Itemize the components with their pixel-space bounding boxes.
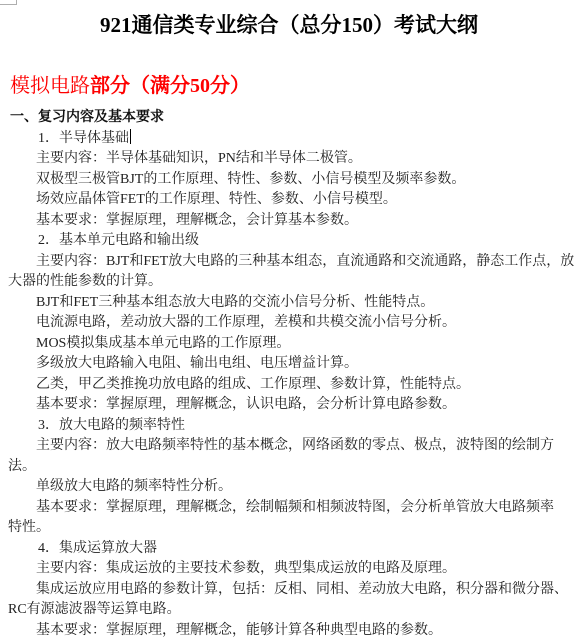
document-line: 1．半导体基础 bbox=[0, 129, 578, 150]
document-line: 大器的性能参数的计算。 bbox=[0, 272, 578, 293]
document-line: 多级放大电路输入电阻、输出电组、电压增益计算。 bbox=[0, 354, 578, 375]
document-line-text: 法。 bbox=[8, 459, 36, 474]
document-line-text: 1．半导体基础 bbox=[38, 131, 129, 146]
document-line: 4．集成运算放大器 bbox=[0, 539, 578, 560]
document-line: 基本要求：掌握原理，理解概念，绘制幅频和相频波特图，会分析单管放大电路频率 bbox=[0, 498, 578, 519]
document-line: MOS模拟集成基本单元电路的工作原理。 bbox=[0, 334, 578, 355]
text-caret bbox=[130, 129, 131, 144]
document-line: 基本要求：掌握原理，理解概念，会计算基本参数。 bbox=[0, 211, 578, 232]
document-line: 双极型三极管BJT的工作原理、特性、参数、小信号模型及频率参数。 bbox=[0, 170, 578, 191]
section-heading-normal-part: 模拟电路 bbox=[10, 75, 90, 97]
document-line-text: 特性。 bbox=[8, 520, 50, 535]
document-line: 场效应晶体管FET的工作原理、特性、参数、小信号模型。 bbox=[0, 190, 578, 211]
document-title: 921通信类专业综合（总分150）考试大纲 bbox=[30, 10, 548, 40]
document-line-text: RC有源滤波器等运算电路。 bbox=[8, 602, 181, 617]
document-line-text: 基本要求：掌握原理，理解概念，能够计算各种典型电路的参数。 bbox=[36, 623, 442, 638]
document-line: 2．基本单元电路和输出级 bbox=[0, 231, 578, 252]
document-line: 3．放大电路的频率特性 bbox=[0, 416, 578, 437]
document-line-text: 3．放大电路的频率特性 bbox=[38, 418, 185, 433]
document-line-text: 单级放大电路的频率特性分析。 bbox=[36, 479, 232, 494]
document-line: 乙类，甲乙类推挽功放电路的组成、工作原理、参数计算，性能特点。 bbox=[0, 375, 578, 396]
document-line: 基本要求：掌握原理，理解概念，能够计算各种典型电路的参数。 bbox=[0, 621, 578, 642]
document-line-text: 集成运放应用电路的参数计算，包括：反相、同相、差动放大电路，积分器和微分器、 bbox=[36, 582, 568, 597]
section-heading: 模拟电路部分（满分50分） bbox=[10, 72, 578, 100]
document-line: BJT和FET三种基本组态放大电路的交流小信号分析、性能特点。 bbox=[0, 293, 578, 314]
document-line-text: 主要内容：集成运放的主要技术参数，典型集成运放的电路及原理。 bbox=[36, 561, 456, 576]
document-line: 法。 bbox=[0, 457, 578, 478]
document-line-text: 大器的性能参数的计算。 bbox=[8, 274, 162, 289]
document-line-text: 乙类，甲乙类推挽功放电路的组成、工作原理、参数计算，性能特点。 bbox=[36, 377, 470, 392]
document-line: 一、复习内容及基本要求 bbox=[0, 108, 578, 129]
document-line-text: 2．基本单元电路和输出级 bbox=[38, 233, 199, 248]
document-line-text: 一、复习内容及基本要求 bbox=[10, 110, 164, 125]
document-line-text: 基本要求：掌握原理，理解概念，认识电路，会分析计算电路参数。 bbox=[36, 397, 456, 412]
document-line-text: 4．集成运算放大器 bbox=[38, 541, 157, 556]
document-line: 集成运放应用电路的参数计算，包括：反相、同相、差动放大电路，积分器和微分器、 bbox=[0, 580, 578, 601]
document-line: 主要内容：放大电路频率特性的基本概念，网络函数的零点、极点，波特图的绘制方 bbox=[0, 436, 578, 457]
document-line: 主要内容：半导体基础知识，PN结和半导体二极管。 bbox=[0, 149, 578, 170]
document-line-text: 双极型三极管BJT的工作原理、特性、参数、小信号模型及频率参数。 bbox=[36, 172, 465, 187]
document-line-text: 多级放大电路输入电阻、输出电组、电压增益计算。 bbox=[36, 356, 358, 371]
section-heading-bold-part: 部分（满分50分） bbox=[90, 75, 250, 97]
document-line: 特性。 bbox=[0, 518, 578, 539]
document-line-text: 场效应晶体管FET的工作原理、特性、参数、小信号模型。 bbox=[36, 192, 397, 207]
document-line-text: BJT和FET三种基本组态放大电路的交流小信号分析、性能特点。 bbox=[36, 295, 434, 310]
document-line: 基本要求：掌握原理，理解概念，认识电路，会分析计算电路参数。 bbox=[0, 395, 578, 416]
table-corner-artifact bbox=[0, 0, 17, 5]
document-line-text: 主要内容：放大电路频率特性的基本概念，网络函数的零点、极点，波特图的绘制方 bbox=[36, 438, 554, 453]
document-line-text: 电流源电路，差动放大器的工作原理，差模和共模交流小信号分析。 bbox=[36, 315, 456, 330]
document-line-text: 主要内容：BJT和FET放大电路的三种基本组态，直流通路和交流通路，静态工作点，… bbox=[36, 254, 574, 269]
document-page[interactable]: 921通信类专业综合（总分150）考试大纲 模拟电路部分（满分50分） 一、复习… bbox=[0, 0, 578, 642]
document-line-text: 基本要求：掌握原理，理解概念，绘制幅频和相频波特图，会分析单管放大电路频率 bbox=[36, 500, 554, 515]
document-line: 主要内容：BJT和FET放大电路的三种基本组态，直流通路和交流通路，静态工作点，… bbox=[0, 252, 578, 273]
document-line: 电流源电路，差动放大器的工作原理，差模和共模交流小信号分析。 bbox=[0, 313, 578, 334]
document-line: 主要内容：集成运放的主要技术参数，典型集成运放的电路及原理。 bbox=[0, 559, 578, 580]
document-line-text: 基本要求：掌握原理，理解概念，会计算基本参数。 bbox=[36, 213, 358, 228]
document-line-text: MOS模拟集成基本单元电路的工作原理。 bbox=[36, 336, 290, 351]
document-body[interactable]: 一、复习内容及基本要求1．半导体基础主要内容：半导体基础知识，PN结和半导体二极… bbox=[0, 108, 578, 641]
document-line: RC有源滤波器等运算电路。 bbox=[0, 600, 578, 621]
document-line: 单级放大电路的频率特性分析。 bbox=[0, 477, 578, 498]
document-line-text: 主要内容：半导体基础知识，PN结和半导体二极管。 bbox=[36, 151, 362, 166]
